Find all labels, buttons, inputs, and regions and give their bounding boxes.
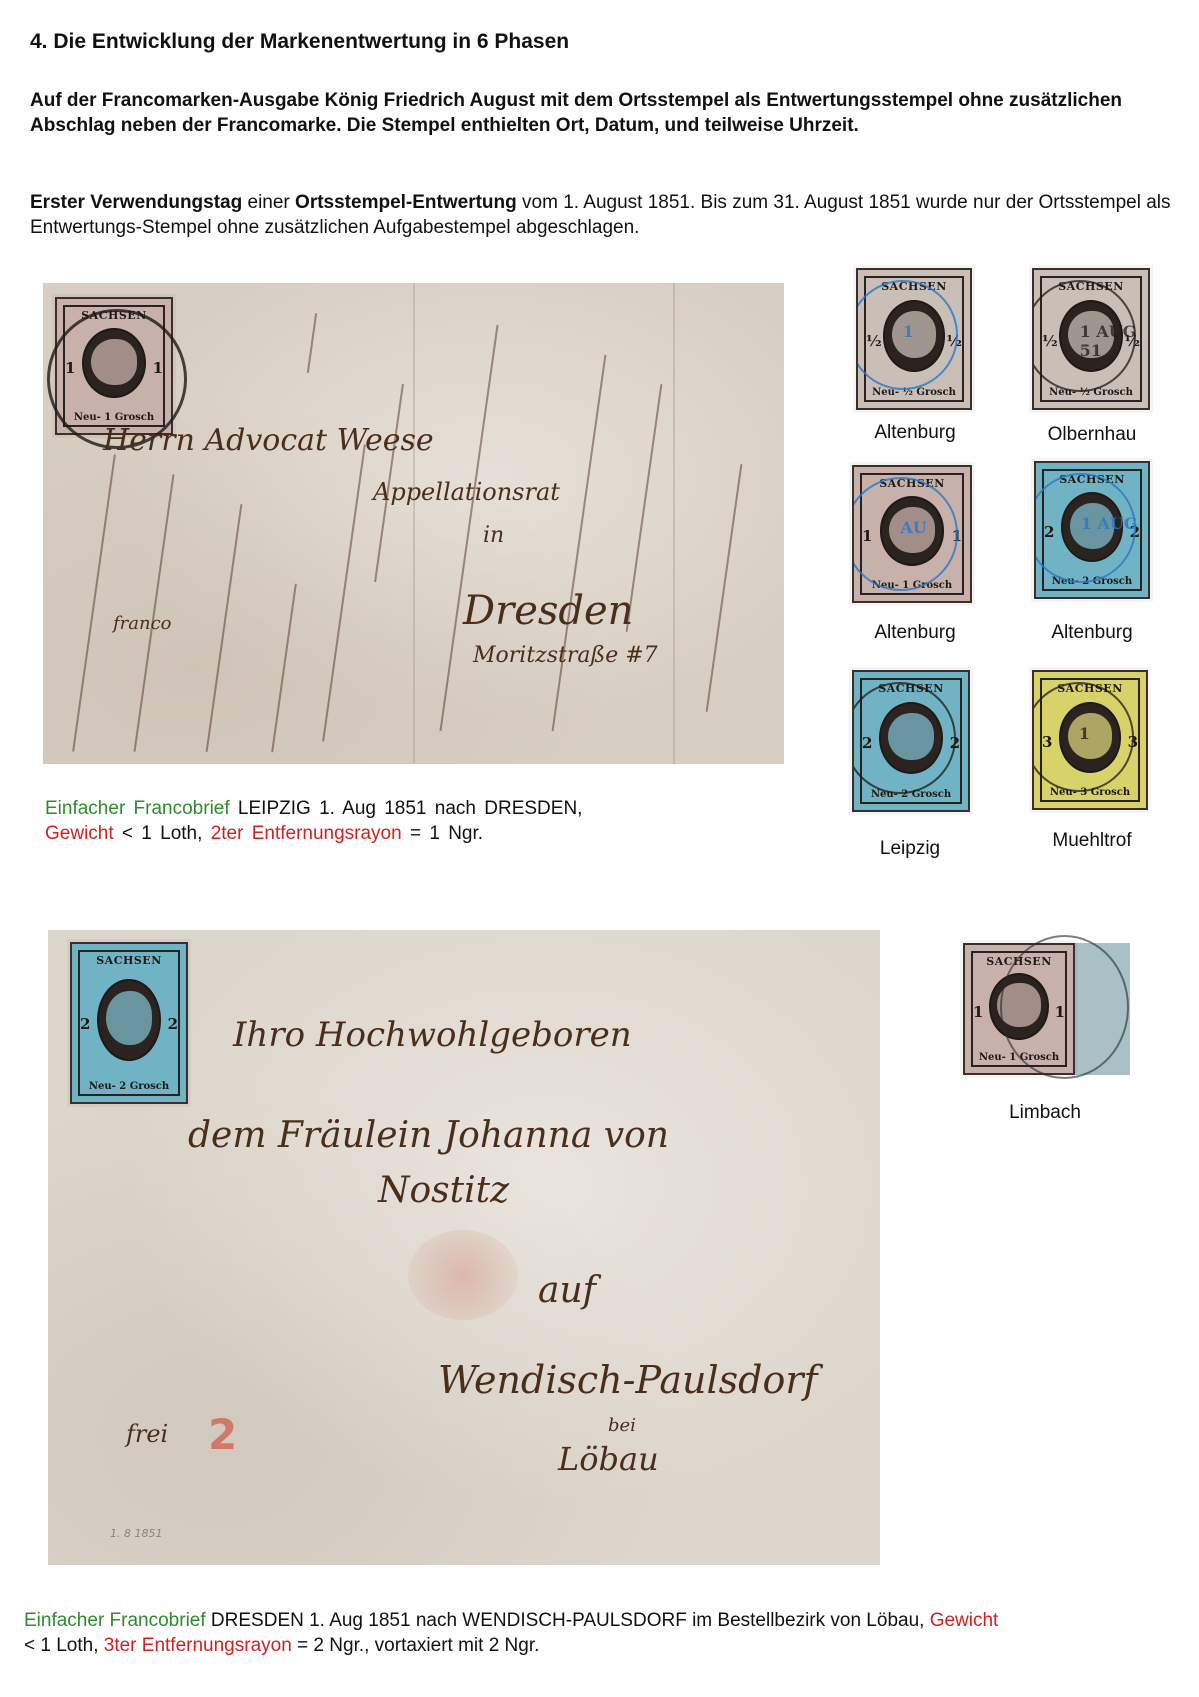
caption-letter-1: Einfacher Francobrief LEIPZIG 1. Aug 185… [45,796,582,846]
stamp-label-altenburg: Altenburg [1012,622,1172,644]
intro-paragraph: Auf der Francomarken-Ausgabe König Fried… [30,88,1180,138]
handwriting-line: auf [538,1270,596,1311]
handwriting-line: Appellationsrat [373,478,560,506]
caption-letter-2: Einfacher Francobrief DRESDEN 1. Aug 185… [24,1608,998,1658]
page-title: 4. Die Entwicklung der Markenentwertung … [30,30,569,54]
stamp-label-altenburg: Altenburg [835,422,995,444]
handwriting-line: in [483,523,504,548]
stamp-altenburg-3: SACHSEN 1 1 Neu- 1 Grosch AU [852,465,972,603]
stamp-olbernhau-2: SACHSEN ½ ½ Neu- ½ Grosch 1 AUG 51 [1032,268,1150,410]
letter-dresden-image: SACHSEN 2 2 Neu- 2 Grosch Ihro Hochwohlg… [48,930,880,1565]
stamp-label-limbach: Limbach [965,1102,1125,1124]
handwriting-line: Löbau [558,1440,659,1478]
letter-leipzig-image: SACHSEN 1 1 Neu- 1 Grosch Herrn Advocat … [43,283,784,764]
handwriting-line: Dresden [463,588,633,634]
handwriting-line: Herrn Advocat Weese [103,423,434,458]
handwriting-line: Ihro Hochwohlgeboren [233,1015,632,1055]
handwriting-line: Wendisch-Paulsdorf [438,1358,818,1402]
subtitle-paragraph: Erster Verwendungstag einer Ortsstempel-… [30,190,1180,240]
pencil-date-note: 1. 8 1851 [110,1527,162,1540]
stamp-label-olbernhau: Olbernhau [1012,424,1172,446]
subtitle-bold-1: Erster Verwendungstag [30,192,242,213]
handwriting-line: dem Fräulein Johanna von [188,1115,669,1156]
handwriting-line: Moritzstraße #7 [473,643,658,668]
stamp-label-muehltrof: Muehltrof [1012,830,1172,852]
stamp-muehltrof-6: SACHSEN 3 3 Neu- 3 Grosch 1 [1032,670,1148,810]
handwriting-line: Nostitz [378,1170,509,1211]
circle-postmark [1000,935,1129,1079]
stamp-2-neugroschen: SACHSEN 2 2 Neu- 2 Grosch [70,942,188,1104]
subtitle-bold-3: Ortsstempel-Entwertung [295,192,517,213]
stamp-altenburg-4: SACHSEN 2 2 Neu- 2 Grosch 1 AUG [1034,461,1150,599]
fold-line [673,283,675,764]
handwriting-line: franco [113,613,172,634]
stamp-leipzig-5: SACHSEN 2 2 Neu- 2 Grosch [852,670,970,812]
stamp-label-altenburg: Altenburg [835,622,995,644]
stamp-label-leipzig: Leipzig [830,838,990,860]
red-tax-mark: 2 [208,1410,237,1459]
stamp-altenburg-1: SACHSEN ½ ½ Neu- ½ Grosch 1 [856,268,972,410]
fold-line [413,283,415,764]
handwriting-frei: frei [126,1420,168,1448]
handwriting-line: bei [608,1415,636,1436]
subtitle-text-2: einer [242,192,295,213]
